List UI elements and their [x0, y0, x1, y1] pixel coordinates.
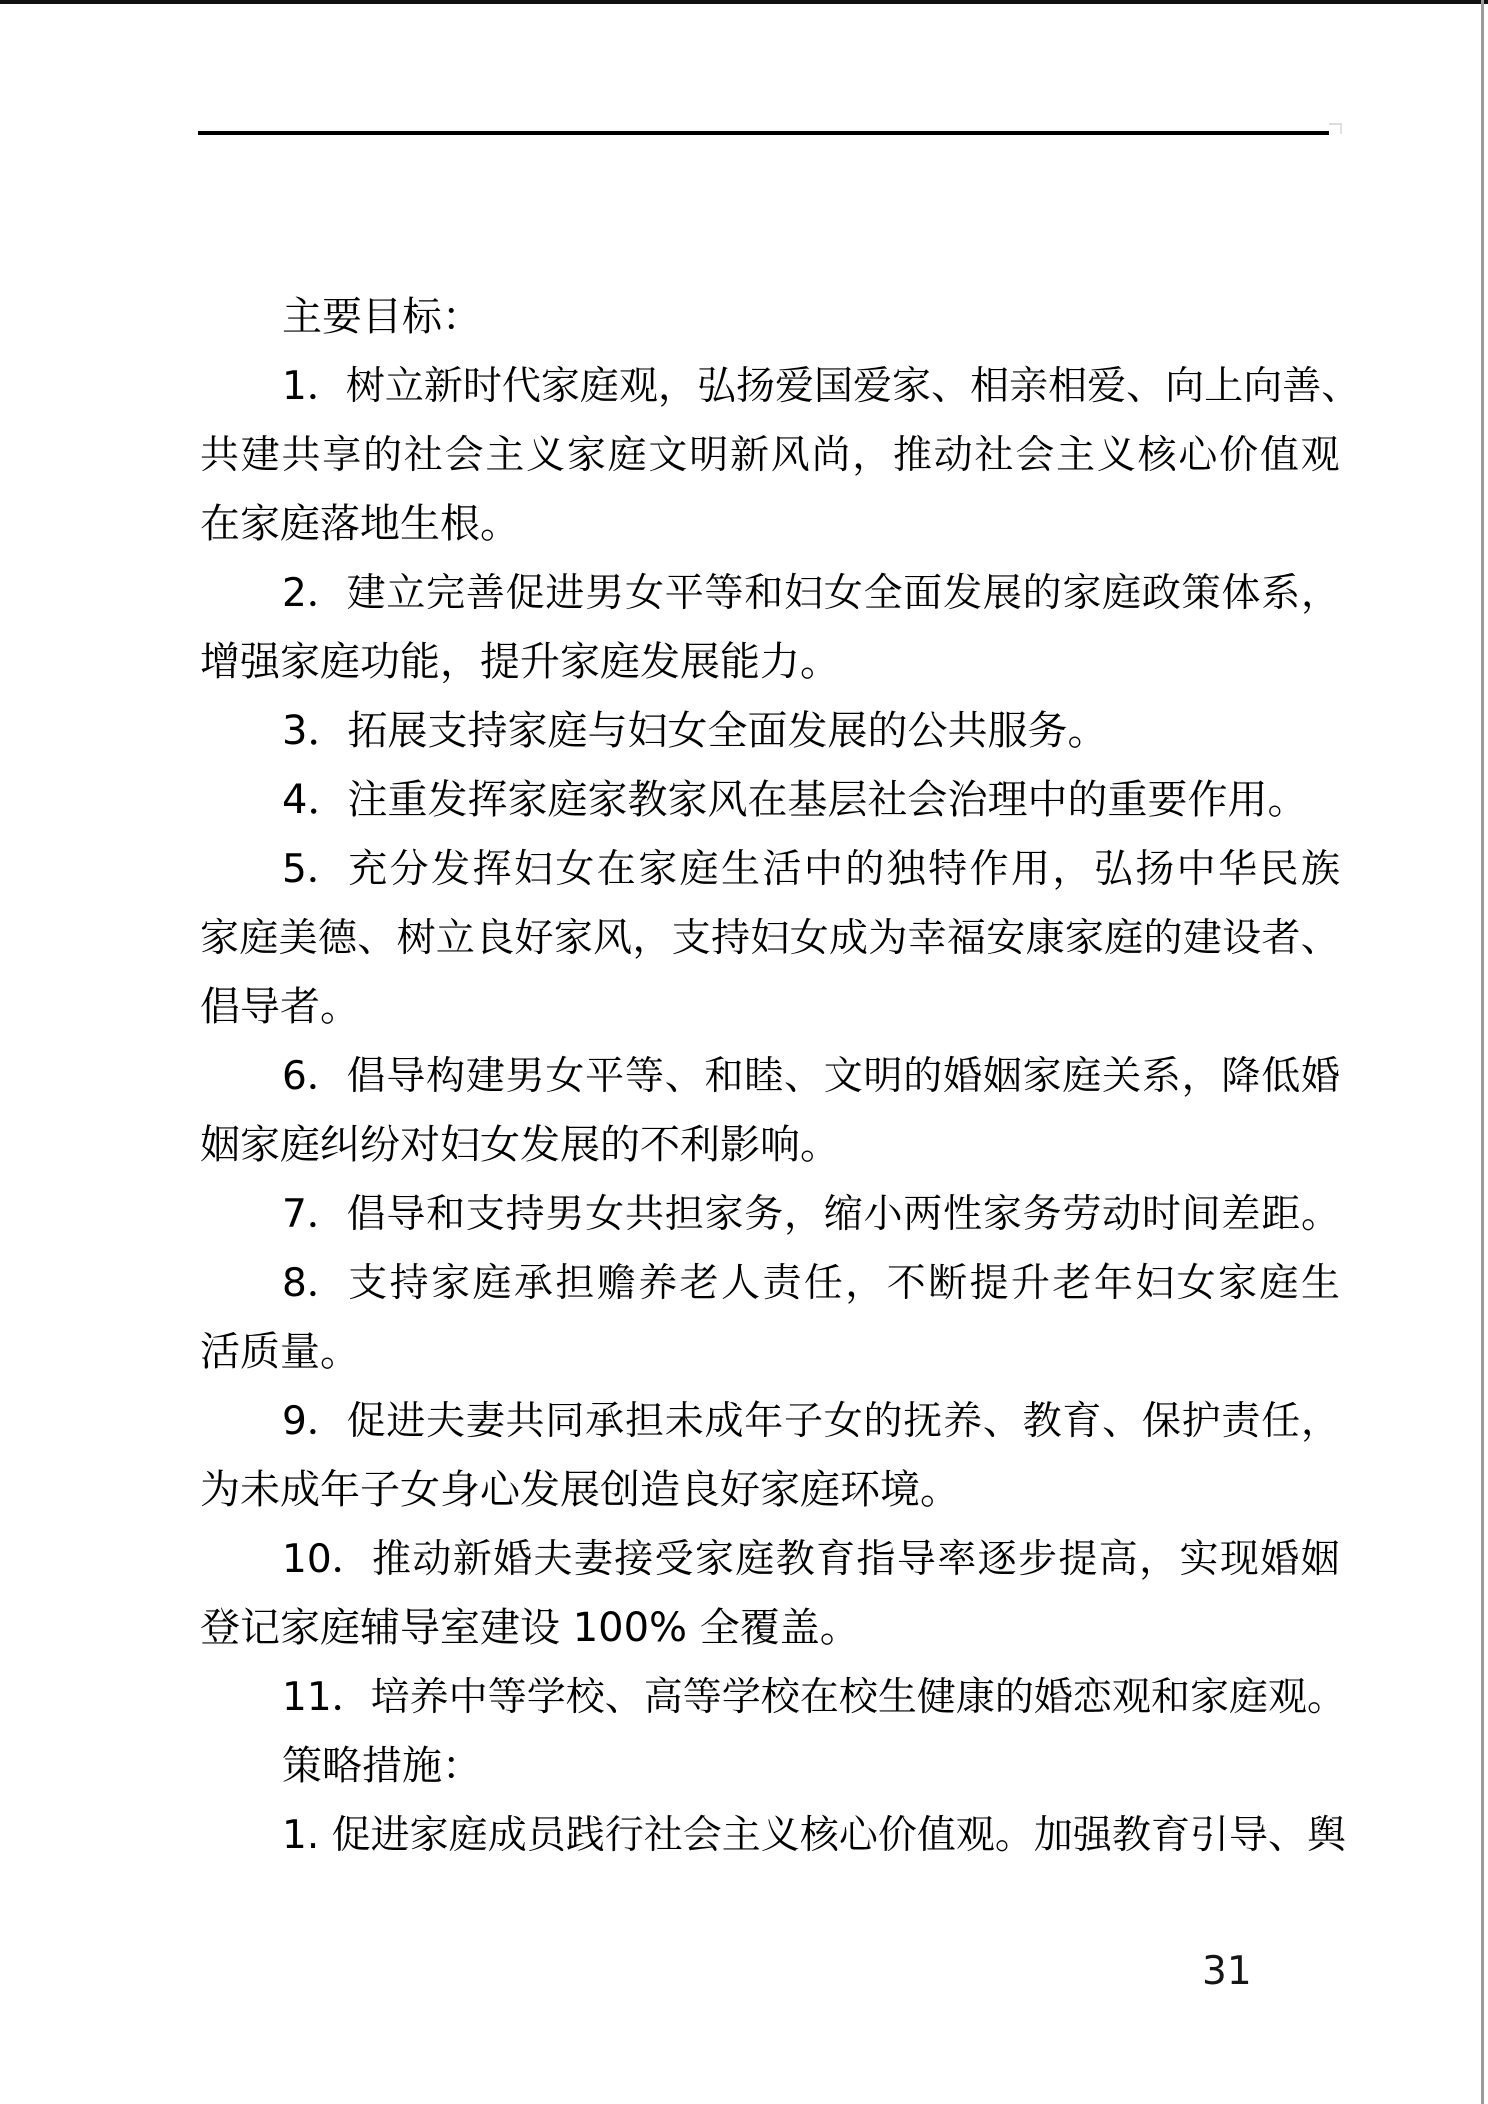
top-edge-bar: [0, 0, 1488, 4]
text-line: 姻家庭纠纷对妇女发展的不利影响。: [200, 1111, 1340, 1180]
text-line: 3．拓展支持家庭与妇女全面发展的公共服务。: [200, 697, 1340, 766]
header-rule: [198, 131, 1329, 135]
text-line: 1．树立新时代家庭观，弘扬爱国爱家、相亲相爱、向上向善、: [200, 352, 1340, 421]
document-page: 主要目标：1．树立新时代家庭观，弘扬爱国爱家、相亲相爱、向上向善、共建共享的社会…: [0, 0, 1488, 2104]
text-line: 6．倡导构建男女平等、和睦、文明的婚姻家庭关系，降低婚: [200, 1042, 1340, 1111]
text-line: 登记家庭辅导室建设 100% 全覆盖。: [200, 1594, 1340, 1663]
text-line: 主要目标：: [200, 283, 1340, 352]
text-line: 1. 促进家庭成员践行社会主义核心价值观。加强教育引导、舆: [200, 1801, 1340, 1870]
text-line: 4．注重发挥家庭家教家风在基层社会治理中的重要作用。: [200, 766, 1340, 835]
text-line: 活质量。: [200, 1318, 1340, 1387]
text-line: 在家庭落地生根。: [200, 490, 1340, 559]
text-line: 5．充分发挥妇女在家庭生活中的独特作用，弘扬中华民族: [200, 835, 1340, 904]
text-line: 7．倡导和支持男女共担家务，缩小两性家务劳动时间差距。: [200, 1180, 1340, 1249]
right-edge-border: [1481, 0, 1484, 2104]
text-line: 8．支持家庭承担赡养老人责任，不断提升老年妇女家庭生: [200, 1249, 1340, 1318]
text-line: 共建共享的社会主义家庭文明新风尚，推动社会主义核心价值观: [200, 421, 1340, 490]
text-line: 增强家庭功能，提升家庭发展能力。: [200, 628, 1340, 697]
text-line: 倡导者。: [200, 973, 1340, 1042]
text-line: 10．推动新婚夫妻接受家庭教育指导率逐步提高，实现婚姻: [200, 1525, 1340, 1594]
text-line: 11．培养中等学校、高等学校在校生健康的婚恋观和家庭观。: [200, 1663, 1340, 1732]
page-number: 31: [1202, 1950, 1252, 1994]
document-body: 主要目标：1．树立新时代家庭观，弘扬爱国爱家、相亲相爱、向上向善、共建共享的社会…: [200, 283, 1340, 1870]
rule-end-artifact: [1329, 123, 1342, 134]
text-line: 为未成年子女身心发展创造良好家庭环境。: [200, 1456, 1340, 1525]
text-line: 9．促进夫妻共同承担未成年子女的抚养、教育、保护责任，: [200, 1387, 1340, 1456]
text-line: 家庭美德、树立良好家风，支持妇女成为幸福安康家庭的建设者、: [200, 904, 1340, 973]
text-line: 策略措施：: [200, 1732, 1340, 1801]
text-line: 2．建立完善促进男女平等和妇女全面发展的家庭政策体系，: [200, 559, 1340, 628]
